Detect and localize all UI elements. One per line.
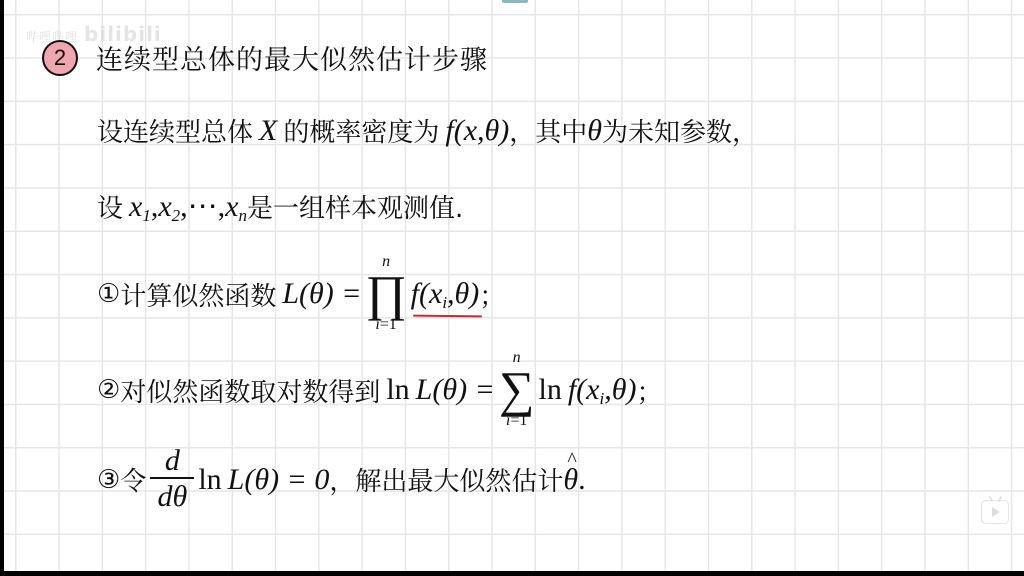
product-symbol: ∏: [365, 270, 406, 316]
top-tab-indicator: [502, 0, 528, 3]
numerator: d: [165, 445, 180, 477]
step-marker: ③: [97, 465, 120, 495]
step-marker: ②: [97, 375, 120, 405]
text: 设: [97, 188, 123, 225]
text: 设连续型总体: [97, 112, 253, 149]
sum-symbol: ∑: [499, 366, 535, 412]
math-args: (x,θ): [454, 114, 510, 148]
index-start: =1: [380, 316, 397, 333]
text: 计算似然函数: [120, 276, 276, 313]
math-function-f: f: [445, 114, 453, 148]
sum-operator: n ∑ i=1: [499, 350, 535, 430]
math-variable-X: X: [259, 114, 277, 148]
math-lhs: L(θ) =: [416, 373, 495, 407]
math-close: ,θ): [604, 373, 636, 407]
density-definition-line: 设连续型总体 X 的概率密度为 f(x,θ) ，其中 θ 为未知参数，: [97, 112, 758, 149]
math-ln: ln: [198, 463, 221, 497]
section-number: 2: [54, 45, 66, 71]
play-triangle-icon: [992, 507, 1000, 517]
text: 的概率密度为: [283, 112, 439, 149]
lower-limit: i=1: [375, 316, 396, 334]
math-equation: L(θ) = 0: [228, 463, 330, 497]
sample-definition-line: 设 x1, x2,⋯, xn 是一组样本观测值.: [97, 188, 463, 225]
math-open: (x: [419, 277, 442, 311]
math-lhs: L(θ) =: [282, 277, 361, 311]
text: 为未知参数，: [602, 112, 758, 149]
math-x2: x: [158, 190, 171, 224]
section-title: 连续型总体的最大似然估计步骤: [96, 38, 488, 77]
index-start: =1: [510, 412, 527, 429]
math-xn: x: [225, 190, 238, 224]
period: .: [578, 463, 586, 497]
semicolon: ；: [479, 276, 505, 313]
math-theta: θ: [587, 114, 602, 148]
subscript: 2: [172, 206, 181, 226]
subscript: i: [442, 293, 447, 313]
math-theta-hat: θ: [563, 463, 578, 497]
math-f: f: [568, 373, 576, 407]
section-header: 2 连续型总体的最大似然估计步骤: [42, 38, 488, 77]
subscript: i: [599, 389, 604, 409]
step-3-derivative: ③ 令 d dθ ln L(θ) = 0 ，解出最大似然估计 θ.: [97, 445, 586, 515]
play-icon[interactable]: [981, 500, 1009, 524]
math-close: ,θ): [447, 277, 479, 311]
denominator: dθ: [157, 479, 187, 515]
subscript: 1: [142, 206, 151, 226]
text: ，解出最大似然估计: [329, 461, 563, 498]
step-marker: ①: [97, 279, 120, 309]
math-f: f: [411, 277, 419, 311]
lecture-slide: 哔哩哔哩bilibili 2 连续型总体的最大似然估计步骤 设连续型总体 X 的…: [4, 0, 1024, 571]
derivative-fraction: d dθ: [150, 445, 194, 515]
product-operator: n ∏ i=1: [365, 254, 406, 334]
text: 是一组样本观测值.: [247, 188, 463, 225]
text: 令: [120, 461, 146, 498]
step-2-log-likelihood: ② 对似然函数取对数得到 ln L(θ) = n ∑ i=1 ln f(xi,θ…: [97, 350, 662, 430]
text: 对似然函数取对数得到: [120, 372, 380, 409]
semicolon: ；: [636, 372, 662, 409]
lower-limit: i=1: [506, 412, 527, 430]
text: ，其中: [509, 112, 587, 149]
math-open: (x: [576, 373, 599, 407]
math-x1: x: [129, 190, 142, 224]
step-1-likelihood: ① 计算似然函数 L(θ) = n ∏ i=1 f(xi,θ) ；: [97, 254, 505, 334]
ellipsis: ,⋯,: [180, 189, 225, 224]
math-ln: ln: [538, 373, 561, 407]
subscript: n: [239, 206, 248, 226]
math-ln: ln: [386, 373, 409, 407]
section-number-badge: 2: [42, 40, 78, 76]
red-underlined-term: f(xi,θ): [411, 277, 480, 311]
